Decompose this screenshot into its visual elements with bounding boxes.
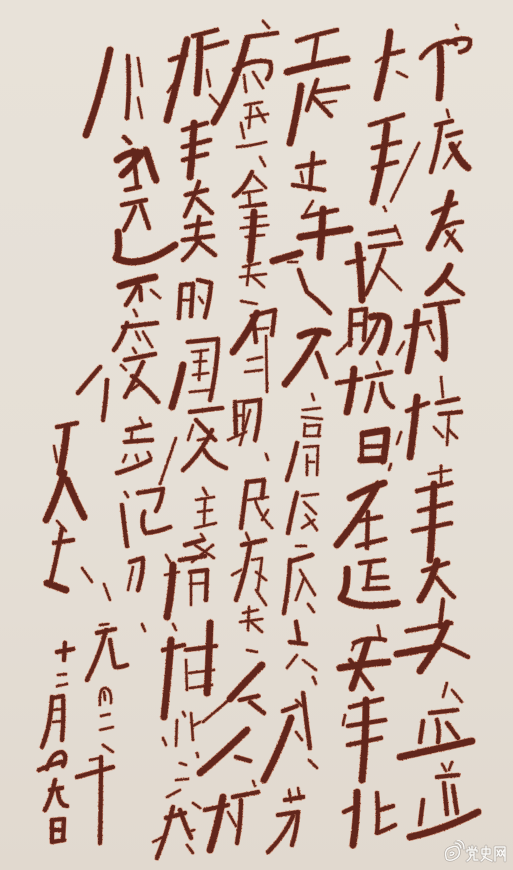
calligraphy-page: 印度友人柯棣华大夫远道 来华，援助抗日，在延安华北 工作五年之久，医治伤员，积劳… xyxy=(0,0,513,870)
signature: 毛泽东 xyxy=(40,365,105,600)
inscription-column-1: 印度友人柯棣华大夫远道 xyxy=(405,20,475,845)
date-year: 一九四二年 xyxy=(78,620,126,845)
weibo-icon xyxy=(446,840,464,860)
watermark: 党史网 xyxy=(440,840,510,866)
watermark-text: 党史网 xyxy=(464,844,508,862)
inscription-column-3: 工作五年之久，医治伤员，积劳 xyxy=(265,20,345,850)
date-day: 十二月廿九日 xyxy=(36,640,76,845)
